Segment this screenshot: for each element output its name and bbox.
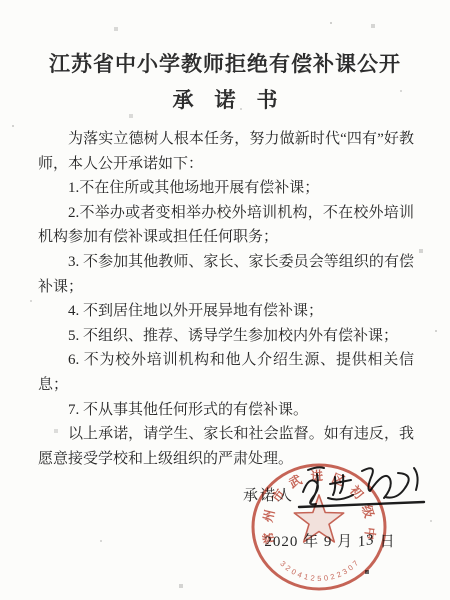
commitment-item-7: 7. 不从事其他任何形式的有偿补课。 — [38, 398, 414, 423]
scanned-document-page: 江苏省中小学教师拒绝有偿补课公开 承 诺 书 为落实立德树人根本任务，努力做新时… — [0, 0, 450, 600]
seal-serial-number: 3204125022307 — [278, 559, 360, 583]
scan-noise-speckles — [0, 0, 2, 2]
document-body: 为落实立德树人根本任务，努力做新时代“四有”好教师，本人公开承诺如下： 1.不在… — [38, 127, 414, 471]
opening-paragraph: 为落实立德树人根本任务，努力做新时代“四有”好教师，本人公开承诺如下： — [38, 127, 414, 176]
official-red-seal: 常州市武进区初级中学 3204125022307 — [245, 458, 395, 596]
commitment-item-3: 3. 不参加其他教师、家长、家长委员会等组织的有偿补课； — [38, 250, 414, 299]
commitment-item-6: 6. 不为校外培训机构和他人介绍生源、提供相关信息； — [38, 348, 414, 397]
document-title: 江苏省中小学教师拒绝有偿补课公开 — [0, 48, 450, 78]
svg-text:3204125022307: 3204125022307 — [278, 559, 360, 583]
commitment-item-1: 1.不在住所或其他场地开展有偿补课； — [38, 176, 414, 201]
commitment-item-5: 5. 不组织、推荐、诱导学生参加校内外有偿补课； — [38, 324, 414, 349]
commitment-item-2: 2.不举办或者变相举办校外培训机构，不在校外培训机构参加有偿补课或担任任何职务； — [38, 201, 414, 250]
seal-star-icon — [294, 495, 343, 542]
document-subtitle: 承 诺 书 — [0, 84, 450, 114]
commitment-item-4: 4. 不到居住地以外开展异地有偿补课； — [38, 299, 414, 324]
